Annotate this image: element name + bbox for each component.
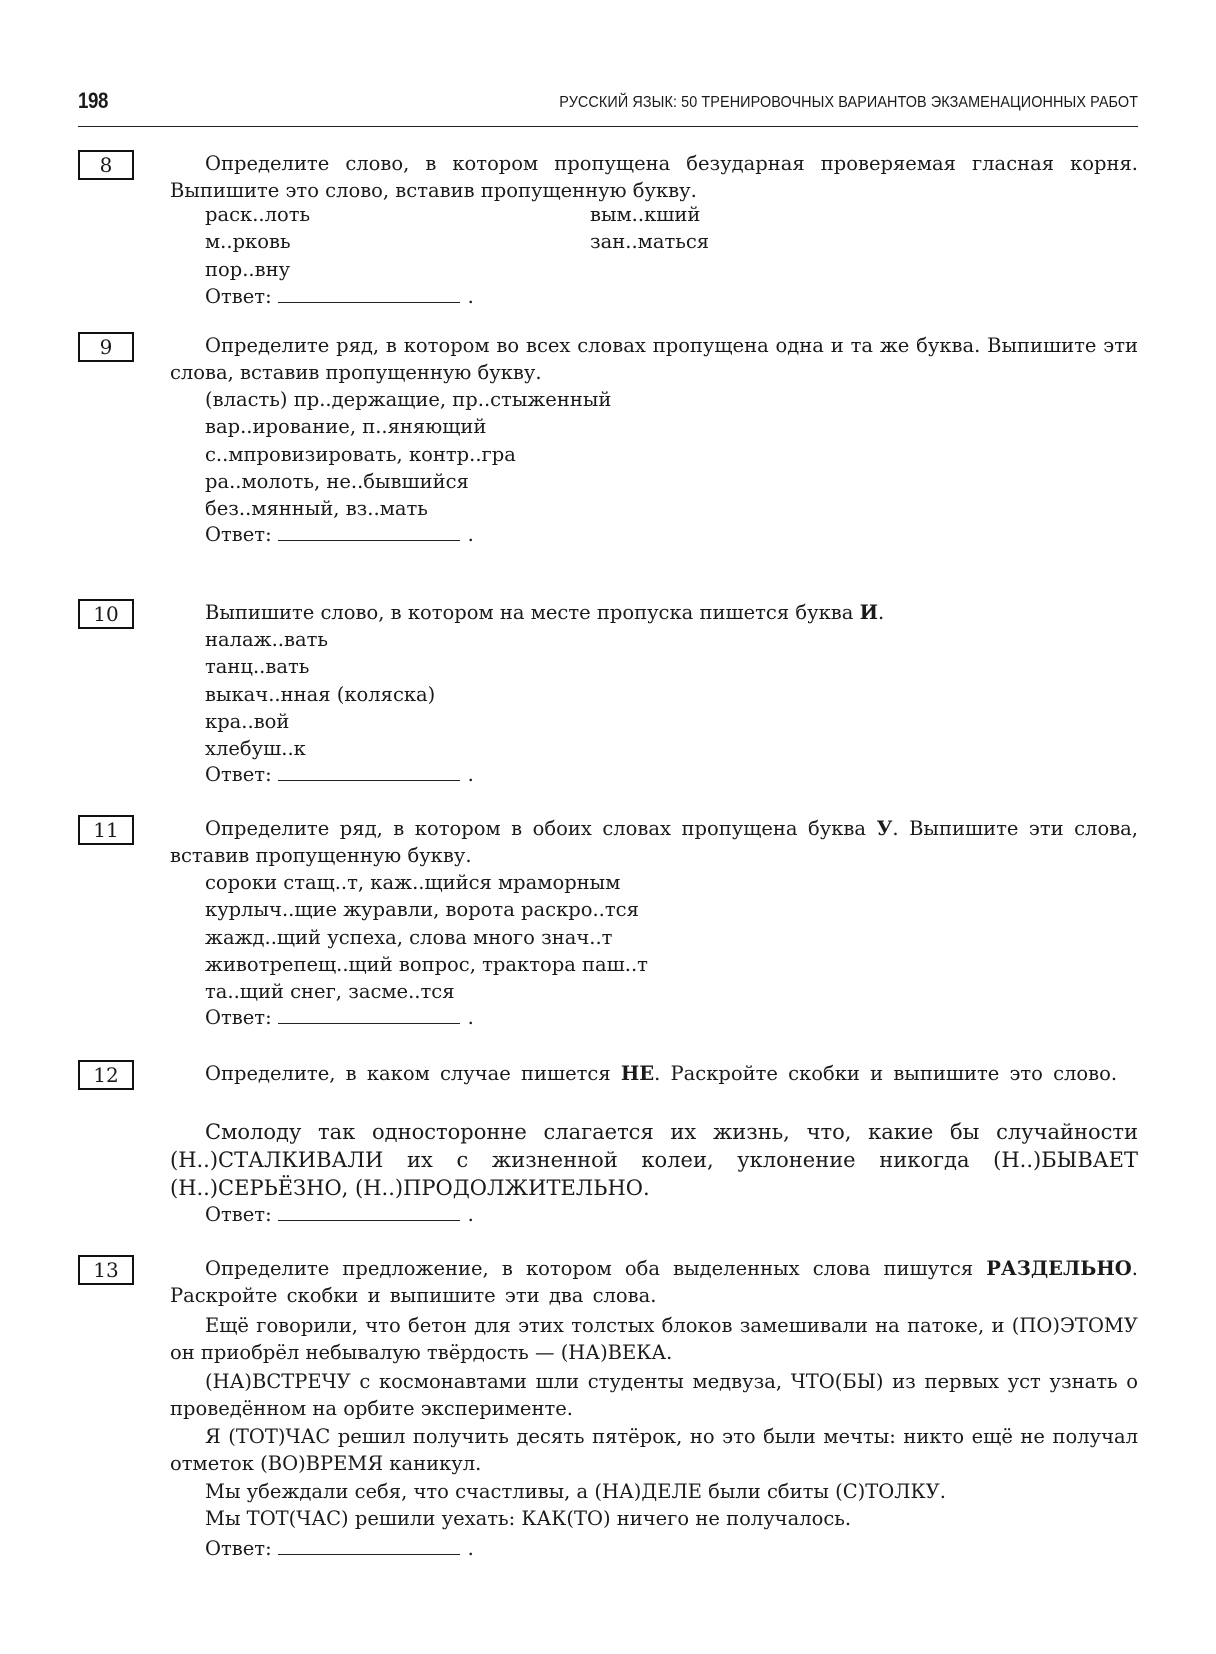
option-item: сороки стащ..т, каж..щийся мраморным [205,869,648,896]
answer-line[interactable] [278,539,460,541]
option-item: пор..вну [205,256,590,283]
option-item: ра..молоть, не..бывшийся [205,468,611,495]
task-prompt: Определите предложение, в котором оба вы… [170,1255,1138,1309]
task-number: 13 [78,1255,134,1285]
task-number: 12 [78,1060,134,1090]
answer-label: Ответ: [205,523,272,546]
option-item: вым..кший [590,201,890,228]
option-item: кра..вой [205,708,435,735]
answer-label: Ответ: [205,1203,272,1226]
emphasis-letter: У [877,817,893,840]
task-number: 8 [78,150,134,180]
task-number: 10 [78,599,134,629]
option-item: раск..лоть [205,201,590,228]
answer-field[interactable]: Ответ:. [205,763,474,786]
option-item: зан..маться [590,228,890,255]
task-11: 11 Определите ряд, в котором в обоих сло… [78,815,1138,1025]
answer-field[interactable]: Ответ:. [205,1537,474,1560]
page-number: 198 [78,88,108,114]
task-prompt: Определите ряд, в котором во всех словах… [170,332,1138,386]
option-item: курлыч..щие журавли, ворота раскро..тся [205,896,648,923]
task-8: 8 Определите слово, в котором пропущена … [78,150,1138,310]
task-prompt: Выпишите слово, в котором на месте пропу… [170,599,1138,626]
option-list: сороки стащ..т, каж..щийся мраморным кур… [205,869,648,1005]
option-item: выкач..нная (коляска) [205,681,435,708]
task-prompt: Определите, в каком случае пишется НЕ. Р… [170,1060,1138,1087]
option-item: танц..вать [205,653,435,680]
option-list: раск..лоть м..рковь пор..вну вым..кший з… [205,201,890,283]
option-item: с..мпровизировать, контр..гра [205,441,611,468]
option-item: хлебуш..к [205,735,435,762]
task-number: 11 [78,815,134,845]
answer-line[interactable] [278,779,460,781]
answer-label: Ответ: [205,1006,272,1029]
answer-field[interactable]: Ответ:. [205,1006,474,1029]
task-prompt: Определите слово, в котором пропущена бе… [170,150,1138,204]
task-10: 10 Выпишите слово, в котором на месте пр… [78,599,1138,799]
emphasis-letter: И [860,601,878,624]
sentence-item: Ещё говорили, что бетон для этих толстых… [170,1312,1138,1366]
option-item: м..рковь [205,228,590,255]
option-item: вар..ирование, п..яняющий [205,413,611,440]
task-12: 12 Определите, в каком случае пишется НЕ… [78,1060,1138,1230]
option-item: животрепещ..щий вопрос, трактора паш..т [205,951,648,978]
option-item: налаж..вать [205,626,435,653]
option-item: (власть) пр..держащие, пр..стыженный [205,386,611,413]
answer-field[interactable]: Ответ:. [205,523,474,546]
task-passage: Смолоду так односторонне слагается их жи… [170,1118,1138,1202]
emphasis-word: РАЗДЕЛЬНО [986,1257,1132,1280]
answer-line[interactable] [278,1553,460,1555]
answer-label: Ответ: [205,763,272,786]
option-item: жажд..щий успеха, слова много знач..т [205,924,648,951]
emphasis-word: НЕ [621,1062,654,1085]
answer-field[interactable]: Ответ:. [205,285,474,308]
option-list: налаж..вать танц..вать выкач..нная (коля… [205,626,435,762]
answer-line[interactable] [278,301,460,303]
option-item: без..мянный, вз..мать [205,495,611,522]
answer-line[interactable] [278,1022,460,1024]
answer-line[interactable] [278,1219,460,1221]
task-9: 9 Определите ряд, в котором во всех слов… [78,332,1138,562]
option-item: та..щий снег, засме..тся [205,978,648,1005]
answer-label: Ответ: [205,1537,272,1560]
page-header: 198 РУССКИЙ ЯЗЫК: 50 ТРЕНИРОВОЧНЫХ ВАРИА… [78,88,1138,127]
sentence-item: Мы ТОТ(ЧАС) решили уехать: КАК(ТО) ничег… [170,1505,1138,1532]
task-number: 9 [78,332,134,362]
task-13: 13 Определите предложение, в котором оба… [78,1255,1138,1555]
book-title: РУССКИЙ ЯЗЫК: 50 ТРЕНИРОВОЧНЫХ ВАРИАНТОВ… [559,94,1138,112]
task-prompt: Определите ряд, в котором в обоих словах… [170,815,1138,869]
sentence-item: (НА)ВСТРЕЧУ с космонавтами шли студенты … [170,1368,1138,1422]
sentence-item: Мы убеждали себя, что счастливы, а (НА)Д… [170,1478,1138,1505]
answer-field[interactable]: Ответ:. [205,1203,474,1226]
answer-label: Ответ: [205,285,272,308]
sentence-item: Я (ТОТ)ЧАС решил получить десять пятёрок… [170,1423,1138,1477]
option-list: (власть) пр..держащие, пр..стыженный вар… [205,386,611,522]
